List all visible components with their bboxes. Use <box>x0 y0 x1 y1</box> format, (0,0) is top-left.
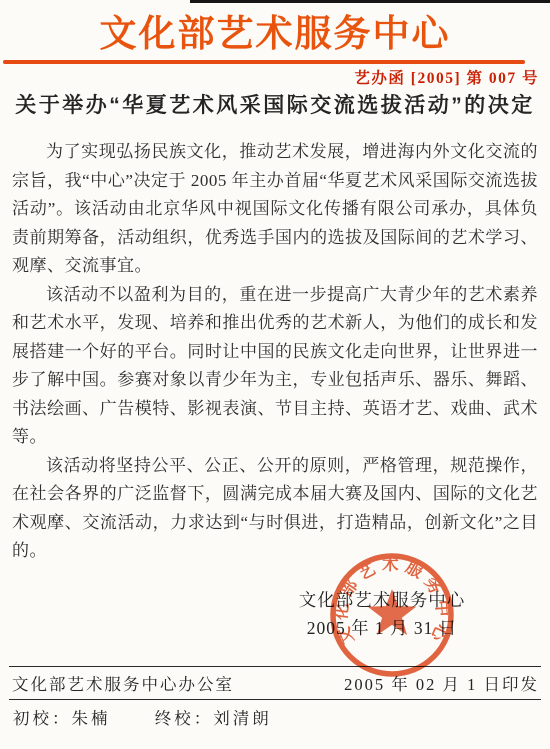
body-paragraph-1: 为了实现弘扬民族文化，推动艺术发展，增进海内外文化交流的宗旨，我“中心”决定于 … <box>12 138 538 281</box>
signature-org: 文化部艺术服务中心 <box>232 586 532 614</box>
letterhead-divider-rule <box>3 60 525 64</box>
document-title: 关于举办“华夏艺术风采国际交流选拔活动”的决定 <box>0 89 550 119</box>
letterhead-org-name: 文化部艺术服务中心 <box>0 3 550 57</box>
signature-block: 文化部艺术服务中心 2005 年 1 月 31 日 <box>232 586 532 642</box>
footer-proofreaders-row: 初校：朱楠 终校：刘清朗 <box>0 700 550 729</box>
official-document-page: 文化部艺术服务中心 艺办函 [2005] 第 007 号 关于举办“华夏艺术风采… <box>0 0 550 749</box>
body-paragraph-2: 该活动不以盈利为目的，重在进一步提高广大青少年的艺术素养和艺术水平，发现、培养和… <box>12 281 538 452</box>
footer-office: 文化部艺术服务中心办公室 <box>12 671 234 695</box>
signature-date: 2005 年 1 月 31 日 <box>232 614 532 642</box>
body-paragraph-3: 该活动将坚持公平、公正、公开的原则，严格管理，规范操作，在社会各界的广泛监督下，… <box>12 452 538 566</box>
document-body: 为了实现弘扬民族文化，推动艺术发展，增进海内外文化交流的宗旨，我“中心”决定于 … <box>12 138 538 566</box>
footer-issuing-row: 文化部艺术服务中心办公室 2005 年 02 月 1 日印发 <box>0 667 550 699</box>
initial-proofreader: 初校：朱楠 <box>13 709 111 728</box>
document-reference-number: 艺办函 [2005] 第 007 号 <box>354 66 539 88</box>
document-footer: 文化部艺术服务中心办公室 2005 年 02 月 1 日印发 初校：朱楠 终校：… <box>0 666 550 729</box>
final-proofreader: 终校：刘清朗 <box>155 709 272 728</box>
footer-print-date: 2005 年 02 月 1 日印发 <box>344 671 539 695</box>
